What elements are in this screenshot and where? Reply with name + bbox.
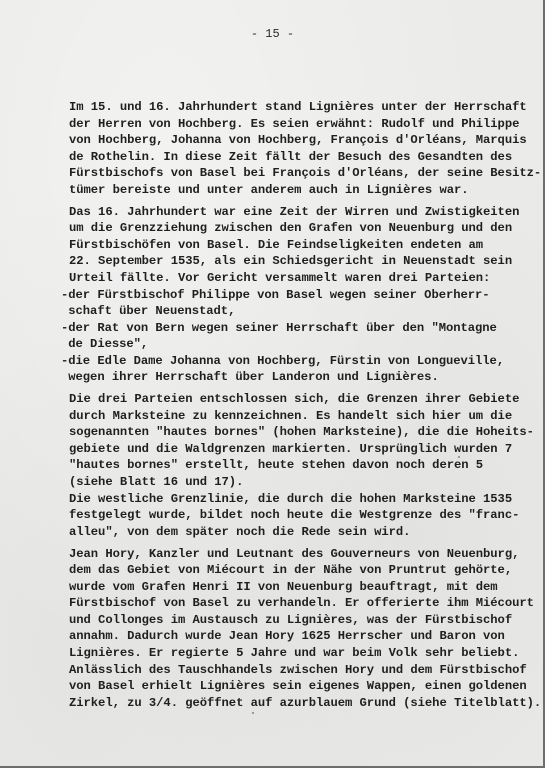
page-number: - 15 - [0,27,545,41]
list-item: -der Rat von Bern wegen seiner Herrschaf… [69,320,529,353]
paragraph-hochberg: Im 15. und 16. Jahrhundert stand Lignièr… [69,99,529,198]
text-line: durch Marksteine zu kennzeichnen. Es han… [69,408,529,425]
text-line: Die drei Parteien entschlossen sich, die… [69,391,529,408]
list-item: -die Edle Dame Johanna von Hochberg, Für… [69,353,529,386]
document-page: - 15 - Im 15. und 16. Jahrhundert stand … [0,0,545,768]
text-line: tümer bereiste und unter anderem auch in… [69,182,529,199]
text-line: Im 15. und 16. Jahrhundert stand Lignièr… [69,99,529,116]
text-line: wegen ihrer Herrschaft über Landeron und… [61,369,529,386]
text-line: Das 16. Jahrhundert war eine Zeit der Wi… [69,204,529,221]
text-line: Fürstbischofs von Basel bei François d'O… [69,165,529,182]
text-line: Zirkel, zu 3/4. geöffnet auf azurblauem … [69,695,529,712]
text-line: um die Grenzziehung zwischen den Grafen … [69,220,529,237]
text-line: -die Edle Dame Johanna von Hochberg, Für… [61,353,529,370]
text-line: Urteil fällte. Vor Gericht versammelt wa… [69,270,529,287]
text-line: wurde vom Grafen Henri II von Neuenburg … [69,579,529,596]
text-line: festgelegt wurde, bildet noch heute die … [69,507,529,524]
paper-speck [252,712,254,714]
text-line: der Herren von Hochberg. Es seien erwähn… [69,116,529,133]
text-line: Die westliche Grenzlinie, die durch die … [69,491,529,508]
text-line: 22. September 1535, als ein Schiedsgeric… [69,253,529,270]
paragraph-jean-hory: Jean Hory, Kanzler und Leutnant des Gouv… [69,546,529,711]
text-line: Fürstbischof von Basel zu verhandeln. Er… [69,595,529,612]
document-body: Im 15. und 16. Jahrhundert stand Lignièr… [69,99,529,711]
text-line: Fürstbischöfen von Basel. Die Feindselig… [69,237,529,254]
text-line: von Hochberg, Johanna von Hochberg, Fran… [69,132,529,149]
text-line: de Diesse", [61,336,529,353]
text-line: Anlässlich des Tauschhandels zwischen Ho… [69,662,529,679]
text-line: (siehe Blatt 16 und 17). [69,474,529,491]
parties-list: -der Fürstbischof Philippe von Basel weg… [69,287,529,386]
text-line: Jean Hory, Kanzler und Leutnant des Gouv… [69,546,529,563]
text-line: annahm. Dadurch wurde Jean Hory 1625 Her… [69,628,529,645]
text-line: -der Rat von Bern wegen seiner Herrschaf… [61,320,529,337]
text-line: gebiete und die Waldgrenzen markierten. … [69,441,529,458]
text-line: Lignières. Er regierte 5 Jahre und war b… [69,645,529,662]
text-line: dem das Gebiet von Miécourt in der Nähe … [69,562,529,579]
text-line: und Collonges im Austausch zu Lignières,… [69,612,529,629]
paragraph-marksteine: Die drei Parteien entschlossen sich, die… [69,391,529,540]
text-line: schaft über Neuenstadt, [61,303,529,320]
text-line: -der Fürstbischof Philippe von Basel weg… [61,287,529,304]
text-line: von Basel erhielt Lignières sein eigenes… [69,678,529,695]
text-line: sogenannten "hautes bornes" (hohen Marks… [69,424,529,441]
paragraph-border-dispute: Das 16. Jahrhundert war eine Zeit der Wi… [69,204,529,386]
list-item: -der Fürstbischof Philippe von Basel weg… [69,287,529,320]
text-line: "hautes bornes" erstellt, heute stehen d… [69,457,529,474]
text-line: alleu", von dem später noch die Rede sei… [69,524,529,541]
paper-speck [458,456,460,458]
text-line: de Rothelin. In diese Zeit fällt der Bes… [69,149,529,166]
